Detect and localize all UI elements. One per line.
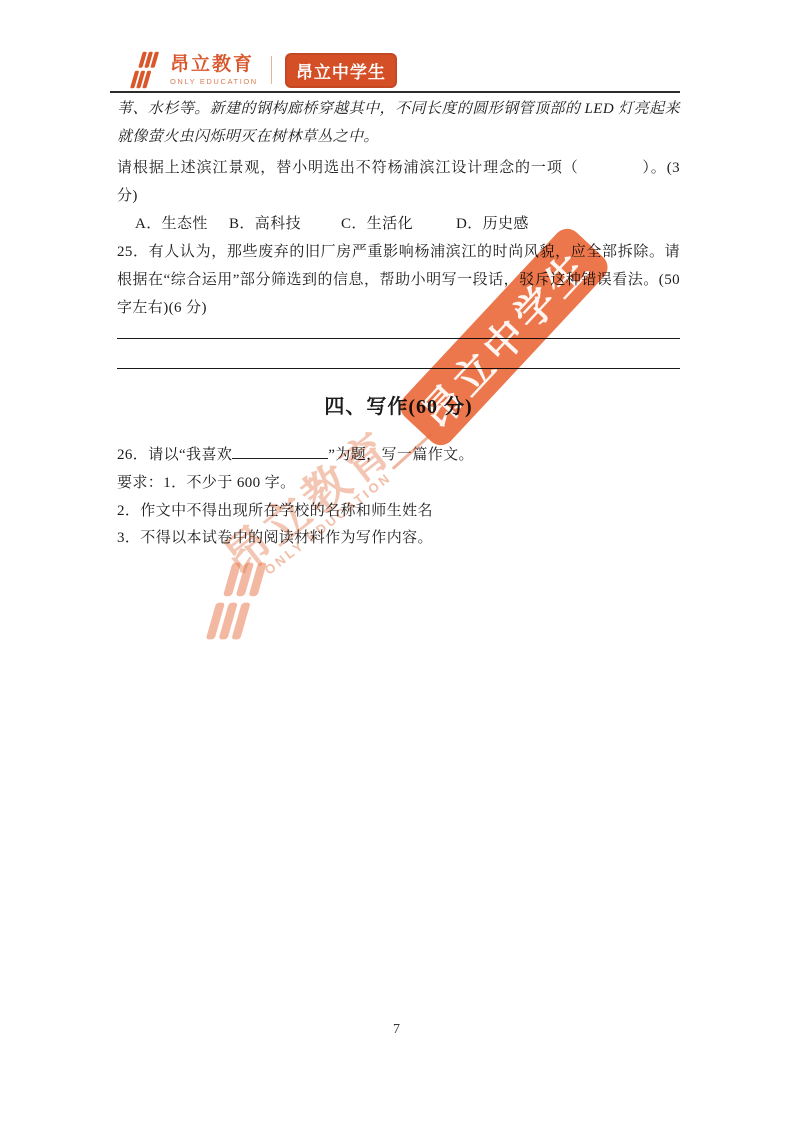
option-a: A．生态性	[135, 210, 229, 238]
option-b: B．高科技	[229, 210, 341, 238]
brand-badge: 昂立中学生	[285, 53, 397, 88]
question-24-stem: 请根据上述滨江景观，替小明选出不符杨浦滨江设计理念的一项（ ）。(3 分)	[117, 154, 680, 210]
question-25-text: 25．有人认为，那些废弃的旧厂房严重影响杨浦滨江的时尚风貌，应全部拆除。请根据在…	[117, 238, 680, 322]
header: 昂立教育 ONLY EDUCATION 昂立中学生	[124, 49, 397, 91]
header-rule	[110, 91, 680, 93]
brand-name: 昂立教育	[170, 54, 258, 75]
brand-text-block: 昂立教育 ONLY EDUCATION	[170, 54, 258, 86]
question-26-text: 26．请以“我喜欢”为题，写一篇作文。	[117, 441, 680, 469]
answer-line	[117, 338, 680, 339]
requirement-1: 要求：1．不少于 600 字。	[117, 470, 680, 498]
page-number: 7	[0, 1022, 793, 1038]
intro-continuation-paragraph: 苇、水杉等。新建的钢构廊桥穿越其中，不同长度的圆形钢管顶部的 LED 灯亮起来就…	[117, 95, 680, 151]
question-24-options: A．生态性 B．高科技 C．生活化 D．历史感	[117, 210, 680, 238]
requirement-3: 3．不得以本试卷中的阅读材料作为写作内容。	[117, 525, 680, 553]
option-d: D．历史感	[456, 210, 529, 238]
onli-logo-icon	[124, 50, 162, 90]
question-26-prefix: 26．请以“我喜欢	[117, 447, 232, 463]
requirement-2: 2．作文中不得出现所在学校的名称和师生姓名	[117, 498, 680, 526]
option-c: C．生活化	[341, 210, 456, 238]
onli-logo-watermark-icon	[193, 557, 273, 645]
answer-line	[117, 368, 680, 369]
exam-content: 苇、水杉等。新建的钢构廊桥穿越其中，不同长度的圆形钢管顶部的 LED 灯亮起来就…	[117, 95, 680, 553]
question-26-blank	[232, 444, 328, 459]
exam-page: 昂立教育 ONLY EDUCATION 昂立中学生 苇、水杉等。新建的钢构廊桥穿…	[0, 0, 793, 1121]
brand-tagline: ONLY EDUCATION	[170, 77, 258, 86]
section-title-writing: 四、写作(60 分)	[117, 394, 680, 420]
question-26-suffix: ”为题，写一篇作文。	[328, 447, 474, 463]
brand-divider	[271, 56, 272, 84]
